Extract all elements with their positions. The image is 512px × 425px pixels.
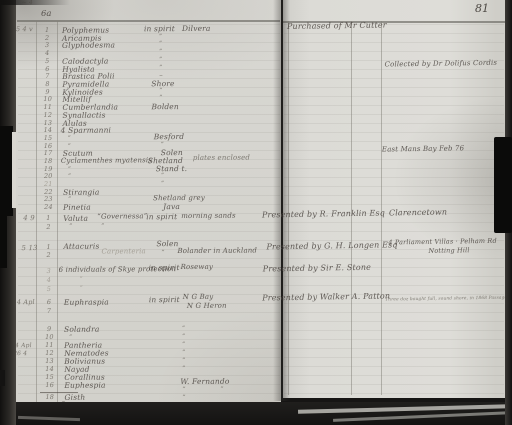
- locality-note: East Mans Bay Feb 76: [382, 145, 464, 153]
- ledger-scan: 6a 81 ~ 45 4 v12345678910111213141516171…: [0, 0, 512, 425]
- address-note: 4 Parliament Villas · Pelham Rd: [388, 238, 496, 246]
- acquisition-note: Purchased of Mr Cutter: [287, 21, 387, 31]
- address-note: Notting Hill: [428, 247, 469, 254]
- binder-clip-nub: [0, 370, 5, 386]
- acquisition-note: Presented by Walker A. Patton: [262, 292, 390, 302]
- binder-clip-right: [494, 137, 512, 233]
- pencil-note: Three doz bought full, sound shore, in 1…: [385, 296, 512, 302]
- binder-clip-left: [0, 214, 7, 268]
- acquisition-note: Presented by R. Franklin Esq: [262, 210, 385, 220]
- page-edge-sliver: [12, 132, 16, 208]
- corner-shadow: [0, 0, 70, 5]
- acquisition-note: Presented by Sir E. Stone: [263, 264, 371, 274]
- collection-note: Collected by Dr Dolifus Cordis: [385, 60, 498, 69]
- acquisition-note: Presented by G. H. Longen Esq: [266, 241, 397, 251]
- address-note: Clarencetown: [389, 209, 447, 218]
- right-page-entries: Purchased of Mr CutterCollected by Dr Do…: [0, 0, 512, 425]
